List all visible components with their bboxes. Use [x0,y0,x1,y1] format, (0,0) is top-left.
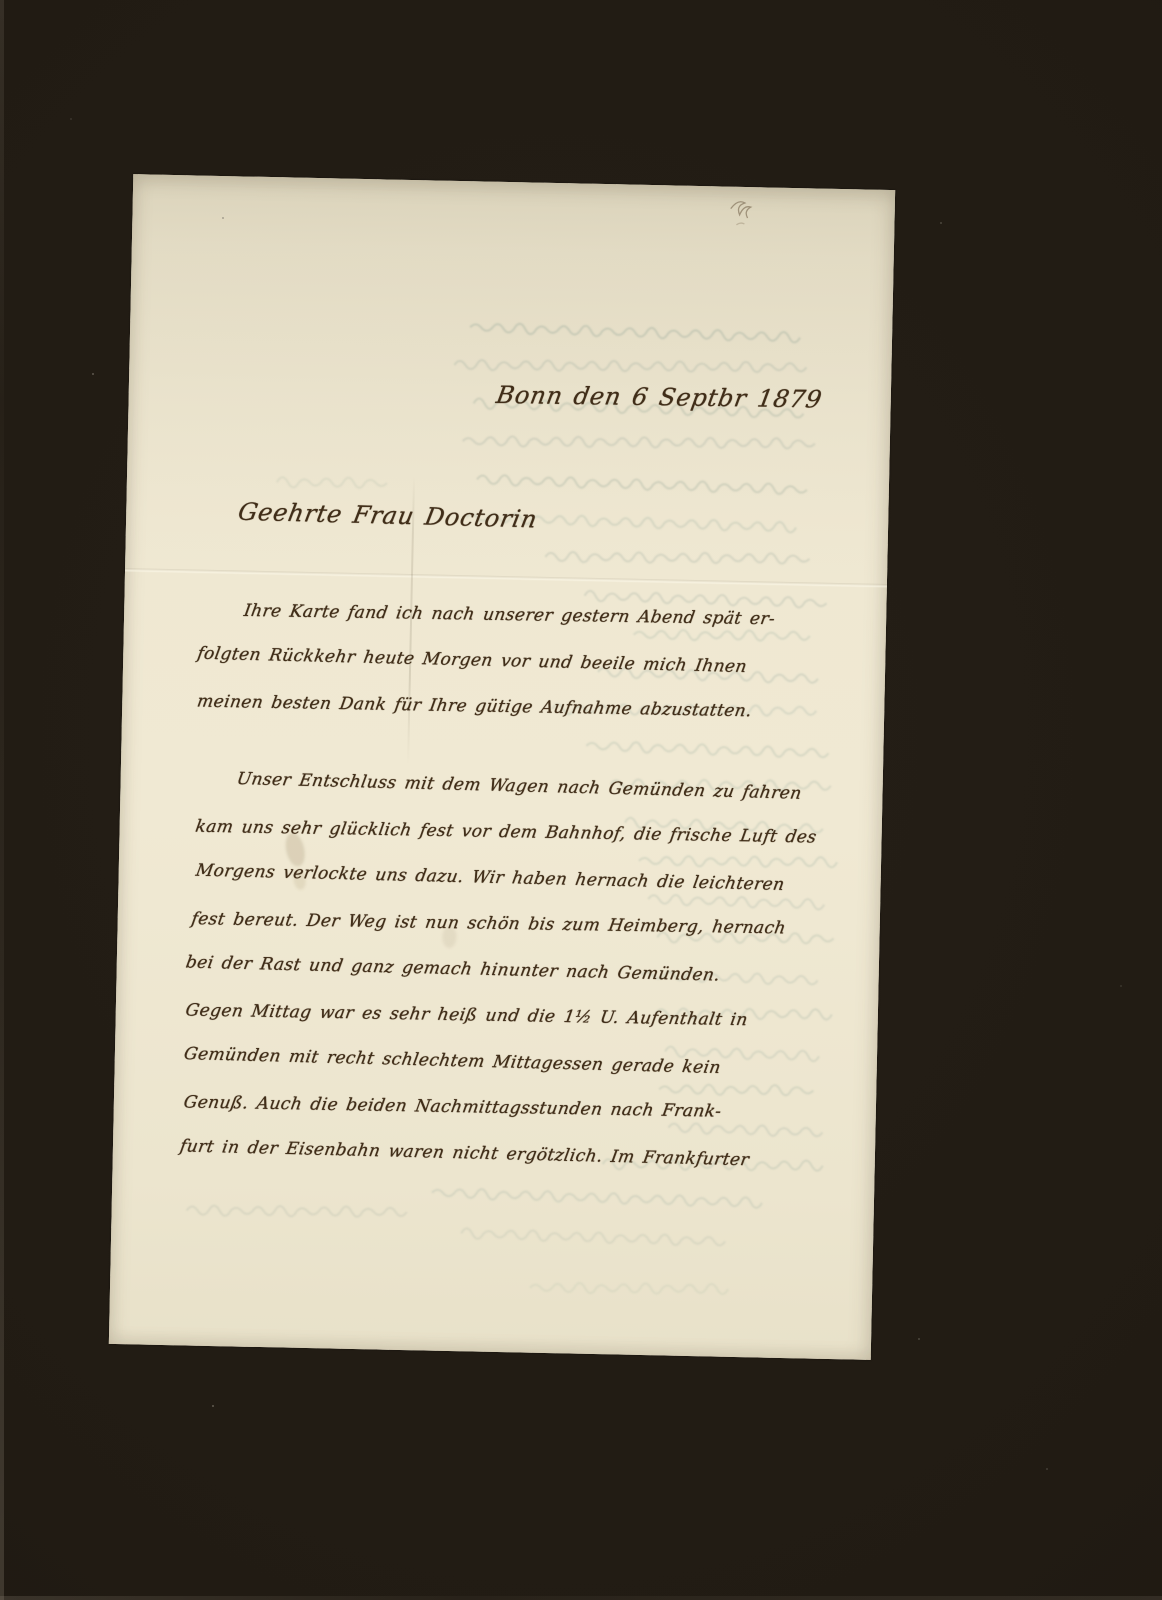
dust-speck [1046,1468,1048,1470]
scan-edge-left [0,0,4,1600]
photo-background: Bonn den 6 Septbr 1879 Geehrte Frau Doct… [0,0,1162,1600]
pencil-mark [730,202,750,226]
dust-speck [918,1338,920,1340]
dust-speck [1120,985,1122,987]
dust-speck [940,222,942,224]
marks-layer [109,174,895,1360]
dust-speck [212,1405,214,1407]
dust-speck [92,373,94,375]
scan-edge-bottom [0,1596,1162,1600]
dateline: Bonn den 6 Septbr 1879 [494,381,824,413]
dust-speck [70,118,72,120]
letter-paper: Bonn den 6 Septbr 1879 Geehrte Frau Doct… [109,174,895,1360]
dust-speck [222,217,224,219]
